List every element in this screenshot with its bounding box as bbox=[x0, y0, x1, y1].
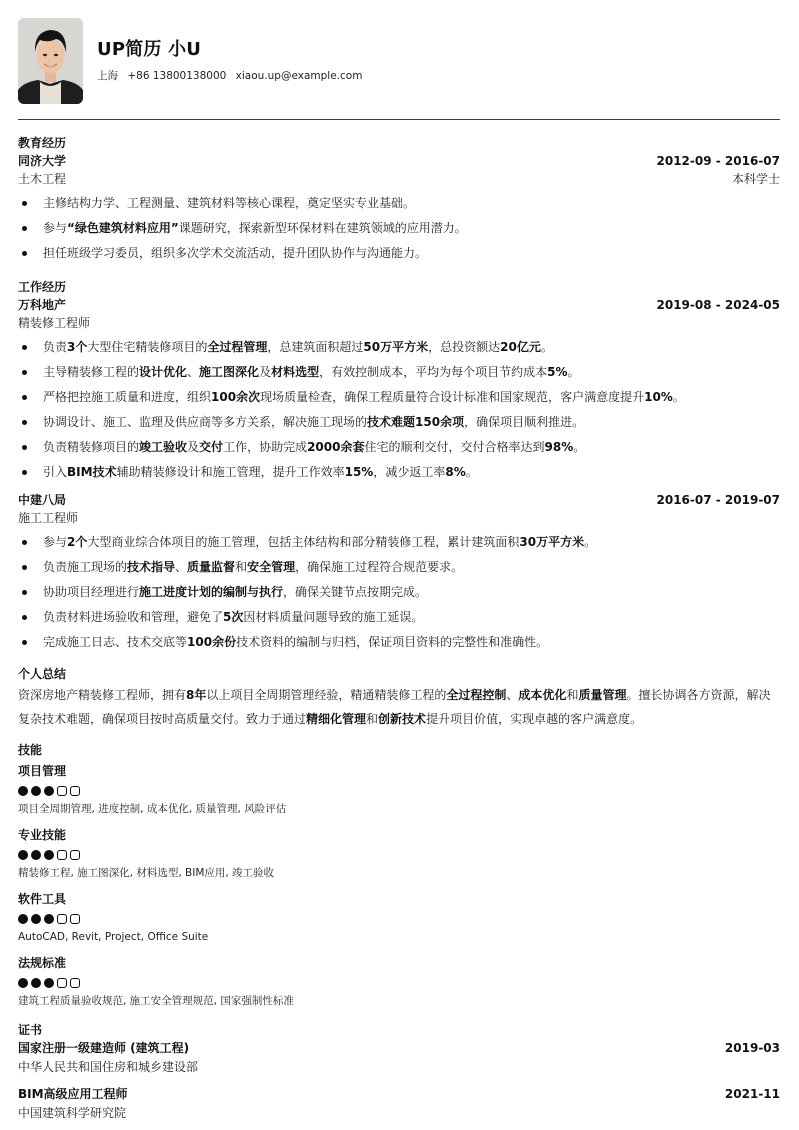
text-run: 担任班级学习委员，组织多次学术交流活动，提升团队协作与沟通能力。 bbox=[43, 246, 427, 260]
rating-filled-icon bbox=[44, 850, 54, 860]
text-run: ，有效控制成本，平均为每个项目节约成本 bbox=[319, 365, 547, 379]
rating-empty-icon bbox=[70, 978, 80, 988]
rating-filled-icon bbox=[44, 978, 54, 988]
skill-name: 软件工具 bbox=[18, 889, 780, 910]
bullet-item: 严格把控施工质量和进度，组织100余次现场质量检查，确保工程质量符合设计标准和国… bbox=[18, 385, 780, 410]
text-run: 住宅的顺利交付，交付合格率达到 bbox=[364, 440, 544, 454]
date-range: 2019-08 - 2024-05 bbox=[657, 296, 781, 314]
emphasis-text: 全过程控制 bbox=[446, 688, 506, 702]
rating-filled-icon bbox=[18, 786, 28, 796]
emphasis-text: 100余次 bbox=[211, 390, 260, 404]
text-run: 和 bbox=[366, 712, 378, 726]
skill-rating bbox=[18, 784, 780, 798]
text-run: 及 bbox=[259, 365, 271, 379]
emphasis-text: BIM技术 bbox=[67, 465, 117, 479]
header-divider bbox=[18, 119, 780, 120]
emphasis-text: 创新技术 bbox=[378, 712, 426, 726]
text-run: 及 bbox=[187, 440, 199, 454]
skill-name: 专业技能 bbox=[18, 825, 780, 846]
bullet-item: 完成施工日志、技术交底等100余份技术资料的编制与归档，保证项目资料的完整性和准… bbox=[18, 630, 780, 655]
text-run: 主导精装修工程的 bbox=[43, 365, 139, 379]
major: 土木工程 bbox=[18, 170, 66, 189]
rating-filled-icon bbox=[44, 786, 54, 796]
certificate-name: 国家注册一级建造师 (建筑工程) bbox=[18, 1039, 189, 1058]
emphasis-text: 8% bbox=[445, 465, 465, 479]
emphasis-text: 2000余套 bbox=[307, 440, 364, 454]
bullet-item: 引入BIM技术辅助精装修设计和施工管理，提升工作效率15%，减少返工率8%。 bbox=[18, 460, 780, 485]
contact-line: 上海 +86 13800138000 xiaou.up@example.com bbox=[97, 69, 368, 83]
section-title: 教育经历 bbox=[18, 134, 780, 152]
avatar bbox=[18, 18, 83, 104]
emphasis-text: 质量监督 bbox=[187, 560, 235, 574]
text-run: 完成施工日志、技术交底等 bbox=[43, 635, 187, 649]
section-title: 技能 bbox=[18, 741, 780, 759]
bullet-item: 主导精装修工程的设计优化、施工图深化及材料选型，有效控制成本，平均为每个项目节约… bbox=[18, 360, 780, 385]
skill-rating bbox=[18, 976, 780, 990]
emphasis-text: 50万平方米 bbox=[363, 340, 428, 354]
work-entry: 万科地产 2019-08 - 2024-05 精装修工程师 负责3个大型住宅精装… bbox=[18, 296, 780, 485]
skill-rating bbox=[18, 912, 780, 926]
emphasis-text: 施工图深化 bbox=[199, 365, 259, 379]
emphasis-text: 技术难题150余项 bbox=[367, 415, 464, 429]
rating-empty-icon bbox=[70, 850, 80, 860]
text-run: 辅助精装修设计和施工管理，提升工作效率 bbox=[117, 465, 345, 479]
text-run: 协助项目经理进行 bbox=[43, 585, 139, 599]
bullet-list: 参与2个大型商业综合体项目的施工管理，包括主体结构和部分精装修工程，累计建筑面积… bbox=[18, 530, 780, 655]
rating-empty-icon bbox=[57, 786, 67, 796]
rating-filled-icon bbox=[18, 850, 28, 860]
emphasis-text: 10% bbox=[644, 390, 673, 404]
emphasis-text: 98% bbox=[545, 440, 574, 454]
summary-text: 资深房地产精装修工程师，拥有8年以上项目全周期管理经验，精通精装修工程的全过程控… bbox=[18, 683, 780, 731]
emphasis-text: 全过程管理 bbox=[207, 340, 267, 354]
text-run: 。 bbox=[584, 535, 596, 549]
skill-keywords: AutoCAD, Revit, Project, Office Suite bbox=[18, 927, 780, 947]
bullet-item: 负责3个大型住宅精装修项目的全过程管理，总建筑面积超过50万平方米，总投资额达2… bbox=[18, 335, 780, 360]
certificate-item: 国家注册一级建造师 (建筑工程) 2019-03 中华人民共和国住房和城乡建设部 bbox=[18, 1039, 780, 1077]
text-run: 现场质量检查，确保工程质量符合设计标准和国家规范，客户满意度提升 bbox=[260, 390, 644, 404]
text-run: 提升项目价值，实现卓越的客户满意度。 bbox=[426, 712, 642, 726]
company-name: 万科地产 bbox=[18, 296, 66, 314]
text-run: 参与 bbox=[43, 535, 67, 549]
text-run: 。 bbox=[541, 340, 553, 354]
emphasis-text: 30万平方米 bbox=[519, 535, 584, 549]
degree: 本科学士 bbox=[732, 170, 780, 189]
skill-item: 项目管理 项目全周期管理, 进度控制, 成本优化, 质量管理, 风险评估 bbox=[18, 761, 780, 819]
rating-filled-icon bbox=[31, 850, 41, 860]
emphasis-text: 精细化管理 bbox=[306, 712, 366, 726]
emphasis-text: 交付 bbox=[199, 440, 223, 454]
skill-name: 项目管理 bbox=[18, 761, 780, 782]
resume-page: UP简历 小U 上海 +86 13800138000 xiaou.up@exam… bbox=[18, 18, 780, 1123]
text-run: 和 bbox=[566, 688, 578, 702]
emphasis-text: 8年 bbox=[186, 688, 206, 702]
bullet-item: 协调设计、施工、监理及供应商等多方关系，解决施工现场的技术难题150余项，确保项… bbox=[18, 410, 780, 435]
emphasis-text: 3个 bbox=[67, 340, 87, 354]
text-run: 工作，协助完成 bbox=[223, 440, 307, 454]
avatar-photo-icon bbox=[18, 18, 83, 104]
phone: +86 13800138000 bbox=[127, 70, 226, 82]
skills-section: 技能 项目管理 项目全周期管理, 进度控制, 成本优化, 质量管理, 风险评估 … bbox=[18, 741, 780, 1011]
bullet-item: 参与“绿色建筑材料应用”课题研究，探索新型环保材料在建筑领域的应用潜力。 bbox=[18, 216, 780, 241]
emphasis-text: 5% bbox=[547, 365, 567, 379]
rating-filled-icon bbox=[18, 978, 28, 988]
emphasis-text: 20亿元 bbox=[500, 340, 541, 354]
certificate-name: BIM高级应用工程师 bbox=[18, 1085, 128, 1104]
bullet-item: 主修结构力学、工程测量、建筑材料等核心课程，奠定坚实专业基础。 bbox=[18, 191, 780, 216]
text-run: 、 bbox=[175, 560, 187, 574]
rating-empty-icon bbox=[57, 850, 67, 860]
education-section: 教育经历 同济大学 2012-09 - 2016-07 土木工程 本科学士 主修… bbox=[18, 134, 780, 266]
text-run: 。 bbox=[567, 365, 579, 379]
rating-filled-icon bbox=[31, 914, 41, 924]
summary-section: 个人总结 资深房地产精装修工程师，拥有8年以上项目全周期管理经验，精通精装修工程… bbox=[18, 665, 780, 731]
candidate-name: UP简历 小U bbox=[97, 38, 368, 62]
emphasis-text: 安全管理 bbox=[247, 560, 295, 574]
emphasis-text: 成本优化 bbox=[518, 688, 566, 702]
header-info: UP简历 小U 上海 +86 13800138000 xiaou.up@exam… bbox=[97, 38, 368, 83]
emphasis-text: 质量管理 bbox=[578, 688, 626, 702]
text-run: 负责 bbox=[43, 340, 67, 354]
company-name: 中建八局 bbox=[18, 491, 66, 509]
bullet-item: 负责材料进场验收和管理，避免了5次因材料质量问题导致的施工延误。 bbox=[18, 605, 780, 630]
skill-keywords: 项目全周期管理, 进度控制, 成本优化, 质量管理, 风险评估 bbox=[18, 799, 780, 819]
text-run: 主修结构力学、工程测量、建筑材料等核心课程，奠定坚实专业基础。 bbox=[43, 196, 415, 210]
email: xiaou.up@example.com bbox=[236, 70, 363, 82]
text-run: 以上项目全周期管理经验，精通精装修工程的 bbox=[206, 688, 446, 702]
bullet-list: 主修结构力学、工程测量、建筑材料等核心课程，奠定坚实专业基础。 参与“绿色建筑材… bbox=[18, 191, 780, 266]
certificate-item: BIM高级应用工程师 2021-11 中国建筑科学研究院 bbox=[18, 1085, 780, 1123]
skill-keywords: 精装修工程, 施工图深化, 材料选型, BIM应用, 竣工验收 bbox=[18, 863, 780, 883]
certificate-date: 2021-11 bbox=[725, 1085, 780, 1104]
text-run: ，总建筑面积超过 bbox=[267, 340, 363, 354]
text-run: 负责材料进场验收和管理，避免了 bbox=[43, 610, 223, 624]
skill-item: 软件工具 AutoCAD, Revit, Project, Office Sui… bbox=[18, 889, 780, 947]
rating-empty-icon bbox=[70, 914, 80, 924]
rating-empty-icon bbox=[70, 786, 80, 796]
bullet-item: 负责精装修项目的竣工验收及交付工作，协助完成2000余套住宅的顺利交付，交付合格… bbox=[18, 435, 780, 460]
text-run: 协调设计、施工、监理及供应商等多方关系，解决施工现场的 bbox=[43, 415, 367, 429]
text-run: 、 bbox=[506, 688, 518, 702]
skill-rating bbox=[18, 848, 780, 862]
text-run: 大型住宅精装修项目的 bbox=[87, 340, 207, 354]
emphasis-text: 设计优化 bbox=[139, 365, 187, 379]
emphasis-text: 竣工验收 bbox=[139, 440, 187, 454]
rating-filled-icon bbox=[44, 914, 54, 924]
text-run: 。 bbox=[573, 440, 585, 454]
text-run: 课题研究，探索新型环保材料在建筑领域的应用潜力。 bbox=[179, 221, 467, 235]
text-run: 资深房地产精装修工程师，拥有 bbox=[18, 688, 186, 702]
section-title: 个人总结 bbox=[18, 665, 780, 683]
bullet-item: 负责施工现场的技术指导、质量监督和安全管理，确保施工过程符合规范要求。 bbox=[18, 555, 780, 580]
rating-filled-icon bbox=[31, 786, 41, 796]
job-title: 精装修工程师 bbox=[18, 314, 90, 333]
education-entry: 同济大学 2012-09 - 2016-07 土木工程 本科学士 主修结构力学、… bbox=[18, 152, 780, 266]
skill-keywords: 建筑工程质量验收规范, 施工安全管理规范, 国家强制性标准 bbox=[18, 991, 780, 1011]
emphasis-text: 施工进度计划的编制与执行 bbox=[139, 585, 283, 599]
certificate-date: 2019-03 bbox=[725, 1039, 780, 1058]
section-title: 证书 bbox=[18, 1021, 780, 1039]
text-run: ，确保关键节点按期完成。 bbox=[283, 585, 427, 599]
date-range: 2016-07 - 2019-07 bbox=[657, 491, 781, 509]
certificate-issuer: 中国建筑科学研究院 bbox=[18, 1104, 780, 1123]
emphasis-text: 100余份 bbox=[187, 635, 236, 649]
text-run: 。 bbox=[466, 465, 478, 479]
text-run: 负责施工现场的 bbox=[43, 560, 127, 574]
text-run: 负责精装修项目的 bbox=[43, 440, 139, 454]
text-run: ，确保项目顺利推进。 bbox=[464, 415, 584, 429]
emphasis-text: 5次 bbox=[223, 610, 243, 624]
text-run: ，总投资额达 bbox=[428, 340, 500, 354]
text-run: 和 bbox=[235, 560, 247, 574]
section-title: 工作经历 bbox=[18, 278, 780, 296]
rating-filled-icon bbox=[31, 978, 41, 988]
resume-header: UP简历 小U 上海 +86 13800138000 xiaou.up@exam… bbox=[18, 18, 780, 104]
rating-empty-icon bbox=[57, 978, 67, 988]
emphasis-text: “绿色建筑材料应用” bbox=[67, 221, 179, 235]
rating-empty-icon bbox=[57, 914, 67, 924]
job-title: 施工工程师 bbox=[18, 509, 78, 528]
certificates-section: 证书 国家注册一级建造师 (建筑工程) 2019-03 中华人民共和国住房和城乡… bbox=[18, 1021, 780, 1123]
text-run: 大型商业综合体项目的施工管理，包括主体结构和部分精装修工程，累计建筑面积 bbox=[87, 535, 519, 549]
work-entry: 中建八局 2016-07 - 2019-07 施工工程师 参与2个大型商业综合体… bbox=[18, 491, 780, 655]
text-run: 参与 bbox=[43, 221, 67, 235]
emphasis-text: 15% bbox=[345, 465, 374, 479]
text-run: ，确保施工过程符合规范要求。 bbox=[295, 560, 463, 574]
school-name: 同济大学 bbox=[18, 152, 66, 170]
bullet-item: 担任班级学习委员，组织多次学术交流活动，提升团队协作与沟通能力。 bbox=[18, 241, 780, 266]
skill-item: 法规标准 建筑工程质量验收规范, 施工安全管理规范, 国家强制性标准 bbox=[18, 953, 780, 1011]
date-range: 2012-09 - 2016-07 bbox=[657, 152, 781, 170]
certificate-issuer: 中华人民共和国住房和城乡建设部 bbox=[18, 1058, 780, 1077]
skill-name: 法规标准 bbox=[18, 953, 780, 974]
text-run: 。 bbox=[673, 390, 685, 404]
text-run: 严格把控施工质量和进度，组织 bbox=[43, 390, 211, 404]
text-run: 、 bbox=[187, 365, 199, 379]
skill-item: 专业技能 精装修工程, 施工图深化, 材料选型, BIM应用, 竣工验收 bbox=[18, 825, 780, 883]
emphasis-text: 材料选型 bbox=[271, 365, 319, 379]
rating-filled-icon bbox=[18, 914, 28, 924]
text-run: 技术资料的编制与归档，保证项目资料的完整性和准确性。 bbox=[236, 635, 548, 649]
bullet-list: 负责3个大型住宅精装修项目的全过程管理，总建筑面积超过50万平方米，总投资额达2… bbox=[18, 335, 780, 485]
bullet-item: 协助项目经理进行施工进度计划的编制与执行，确保关键节点按期完成。 bbox=[18, 580, 780, 605]
text-run: 引入 bbox=[43, 465, 67, 479]
location: 上海 bbox=[97, 70, 118, 82]
emphasis-text: 技术指导 bbox=[127, 560, 175, 574]
text-run: ，减少返工率 bbox=[373, 465, 445, 479]
work-section: 工作经历 万科地产 2019-08 - 2024-05 精装修工程师 负责3个大… bbox=[18, 278, 780, 655]
bullet-item: 参与2个大型商业综合体项目的施工管理，包括主体结构和部分精装修工程，累计建筑面积… bbox=[18, 530, 780, 555]
text-run: 因材料质量问题导致的施工延误。 bbox=[243, 610, 423, 624]
emphasis-text: 2个 bbox=[67, 535, 87, 549]
